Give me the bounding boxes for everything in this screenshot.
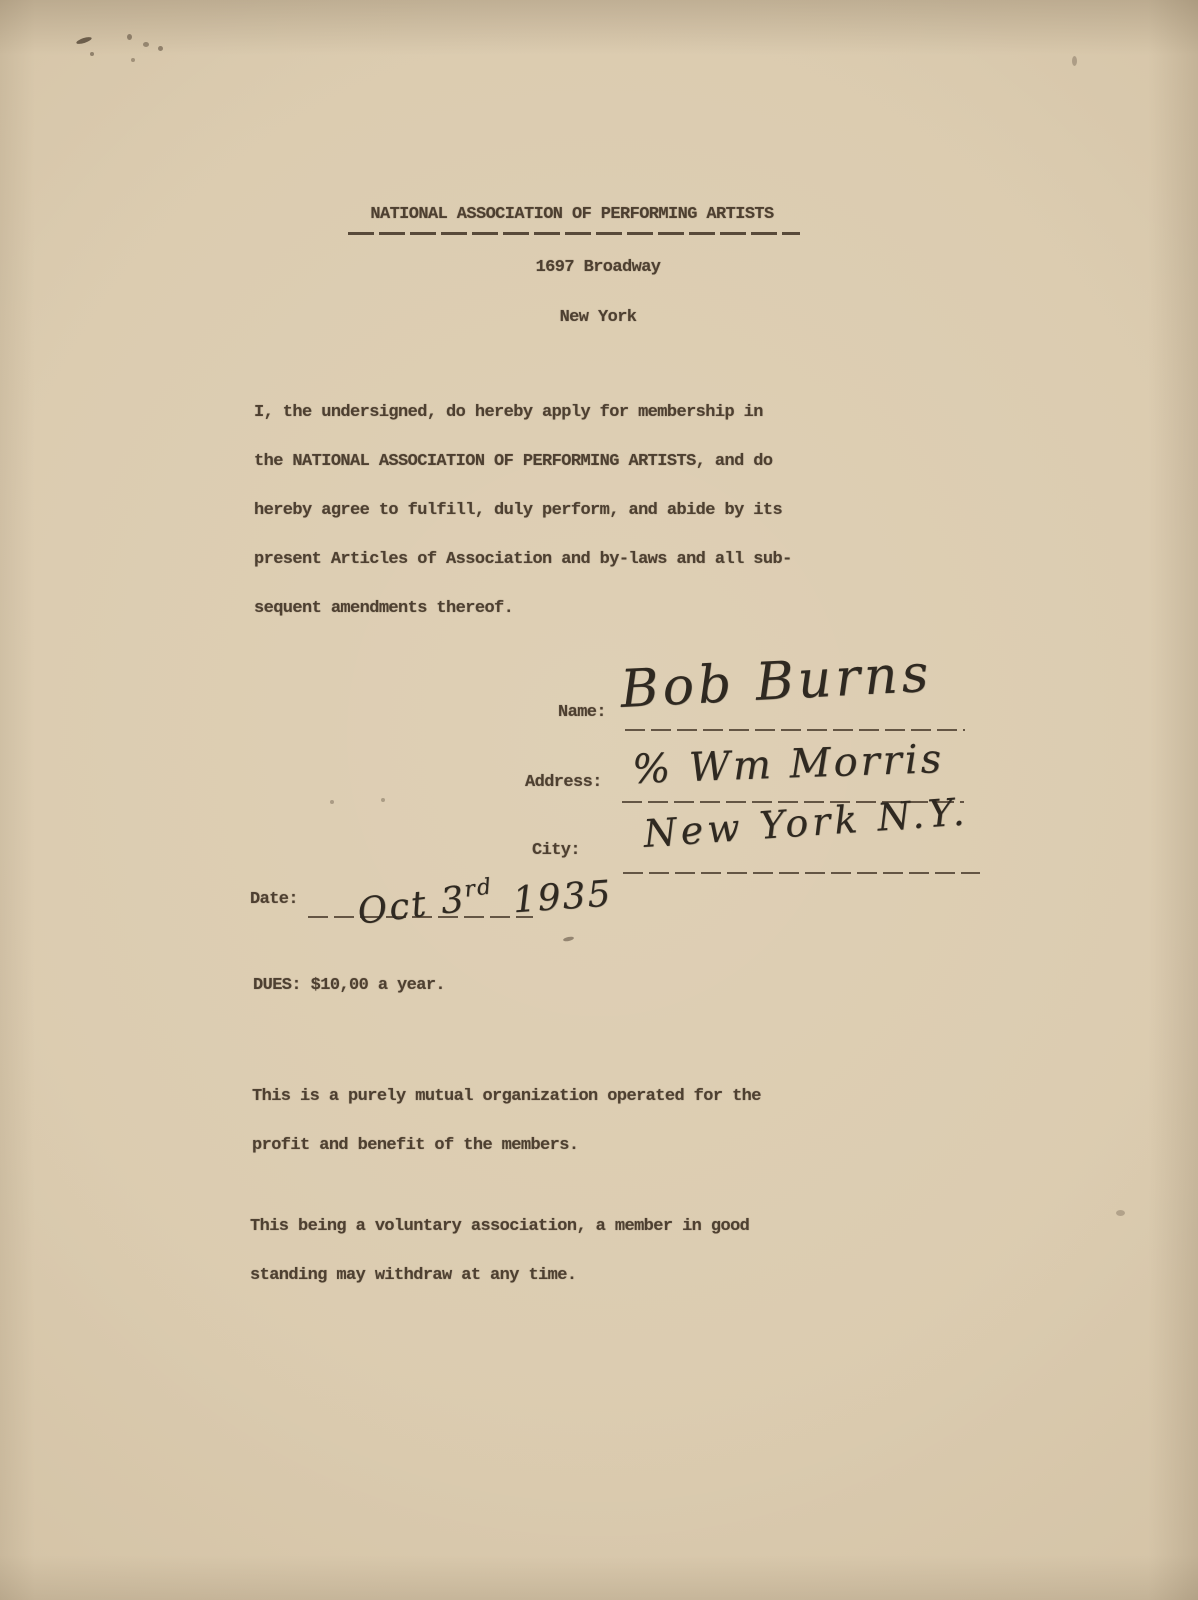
paragraph-line: hereby agree to fulfill, duly perform, a…: [254, 486, 792, 535]
smudge-mark: [131, 58, 135, 62]
name-field-label: Name:: [558, 703, 606, 723]
address-field-label: Address:: [525, 773, 602, 793]
paragraph-line: present Articles of Association and by-l…: [254, 535, 792, 584]
date-year: 1935: [511, 873, 613, 921]
date-field-label: Date:: [250, 890, 298, 910]
city-field-line: [623, 872, 980, 874]
smudge-mark: [158, 46, 163, 51]
smudge-mark: [90, 52, 94, 56]
letterhead-city: New York: [0, 308, 1196, 327]
paragraph-line: I, the undersigned, do hereby apply for …: [254, 388, 792, 437]
smudge-mark: [381, 798, 385, 802]
smudge-mark: [127, 34, 132, 40]
document-title: NATIONAL ASSOCIATION OF PERFORMING ARTIS…: [0, 205, 1144, 224]
smudge-mark: [76, 36, 93, 46]
city-handwritten-value: New York N.Y.: [642, 789, 970, 856]
title-underline: [348, 232, 800, 235]
name-field-line: [625, 729, 965, 731]
voluntary-note: This being a voluntary association, a me…: [250, 1202, 749, 1300]
dues-line: DUES: $10,00 a year.: [253, 976, 445, 995]
date-day: Oct 3: [355, 879, 468, 933]
smudge-mark: [1072, 56, 1077, 66]
date-ordinal: rd: [463, 874, 494, 902]
name-signature: Bob Burns: [619, 644, 934, 720]
date-handwritten-value: Oct 3rd1935: [297, 819, 618, 980]
paragraph-line: profit and benefit of the members.: [252, 1121, 761, 1170]
paragraph-line: the NATIONAL ASSOCIATION OF PERFORMING A…: [254, 437, 792, 486]
smudge-mark: [143, 42, 149, 47]
letterhead-street: 1697 Broadway: [0, 258, 1196, 277]
smudge-mark: [1116, 1210, 1125, 1216]
smudge-mark: [330, 800, 334, 804]
address-handwritten-value: % Wm Morris: [631, 736, 945, 793]
scanned-document-page: NATIONAL ASSOCIATION OF PERFORMING ARTIS…: [0, 0, 1198, 1600]
paragraph-line: sequent amendments thereof.: [254, 584, 792, 633]
paragraph-line: This being a voluntary association, a me…: [250, 1202, 749, 1251]
paragraph-line: standing may withdraw at any time.: [250, 1251, 749, 1300]
paragraph-line: This is a purely mutual organization ope…: [252, 1072, 761, 1121]
mutual-note: This is a purely mutual organization ope…: [252, 1072, 761, 1170]
application-paragraph: I, the undersigned, do hereby apply for …: [254, 388, 792, 633]
